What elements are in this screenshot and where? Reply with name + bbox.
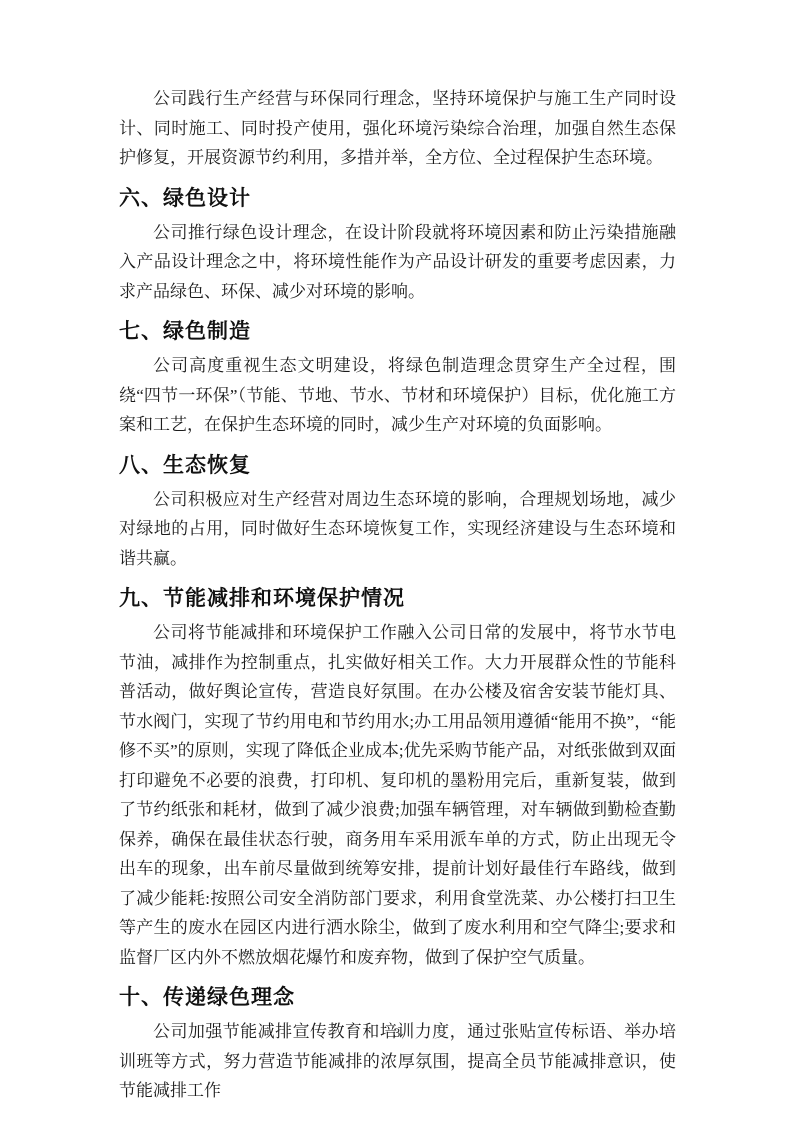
section-heading-energy-saving: 九、节能减排和环境保护情况 [119, 584, 676, 614]
page-footer: 3 [0, 1024, 794, 1042]
document-page: 公司践行生产经营与环保同行理念，坚持环境保护与施工生产同时设计、同时施工、同时投… [0, 0, 794, 1123]
intro-paragraph: 公司践行生产经营与环保同行理念，坚持环境保护与施工生产同时设计、同时施工、同时投… [119, 84, 676, 173]
page-content: 公司践行生产经营与环保同行理念，坚持环境保护与施工生产同时设计、同时施工、同时投… [119, 84, 676, 1106]
section-heading-green-concept: 十、传递绿色理念 [119, 983, 676, 1013]
section-paragraph-ecological-recovery: 公司积极应对生产经营对周边生态环境的影响，合理规划场地，减少对绿地的占用，同时做… [119, 485, 676, 574]
section-heading-green-manufacturing: 七、绿色制造 [119, 317, 676, 347]
section-heading-ecological-recovery: 八、生态恢复 [119, 451, 676, 481]
section-paragraph-energy-saving: 公司将节能减排和环境保护工作融入公司日常的发展中，将节水节电节油，减排作为控制重… [119, 618, 676, 972]
section-paragraph-green-manufacturing: 公司高度重视生态文明建设，将绿色制造理念贯穿生产全过程，围绕“四节一环保”（节能… [119, 351, 676, 440]
section-heading-green-design: 六、绿色设计 [119, 184, 676, 214]
section-paragraph-green-design: 公司推行绿色设计理念，在设计阶段就将环境因素和防止污染措施融入产品设计理念之中，… [119, 218, 676, 307]
page-number: 3 [394, 1025, 401, 1040]
